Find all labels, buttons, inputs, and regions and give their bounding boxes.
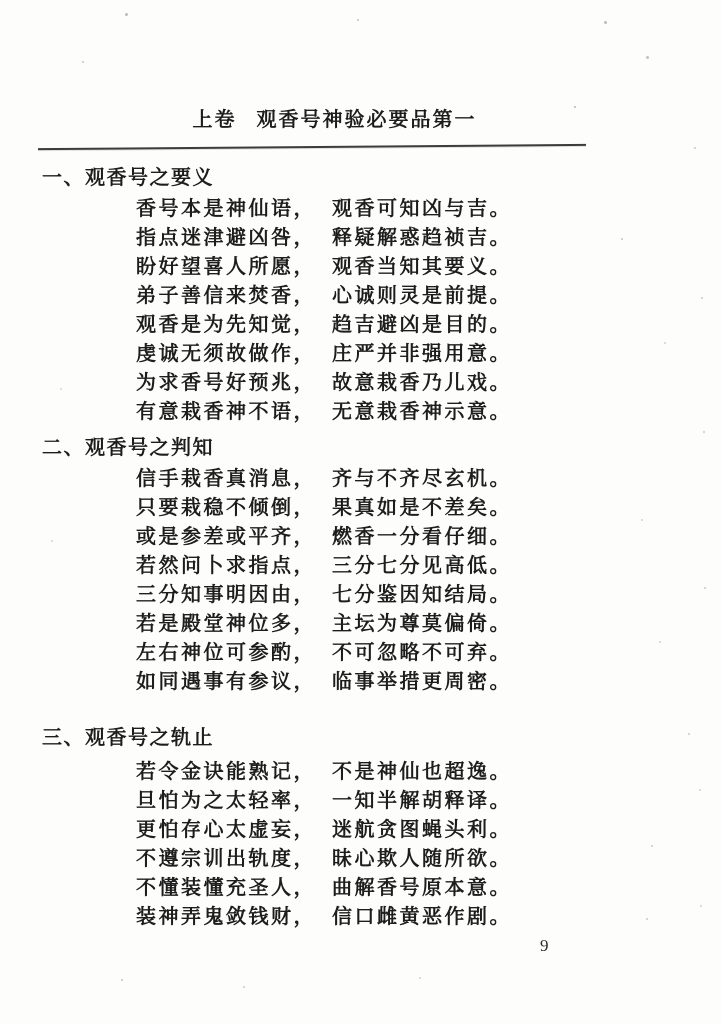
couplet-right-half: 曲解香号原本意。 [332, 874, 512, 903]
couplet-right-half: 趋吉避凶是目的。 [332, 311, 512, 340]
couplet-left-half: 若然问卜求指点， [136, 552, 332, 581]
couplet-left-half: 装神弄鬼敛钱财， [136, 903, 332, 932]
couplet-left-half: 盼好望喜人所愿， [136, 253, 332, 282]
section-title: 三、观香号之轨止 [42, 724, 721, 752]
couplet-row: 三分知事明因由，七分鉴因知结局。 [136, 581, 721, 610]
couplet-left-half: 旦怕为之太轻率， [136, 787, 332, 816]
couplet-left-half: 只要栽稳不倾倒， [136, 494, 332, 523]
scan-speck [694, 147, 696, 149]
couplet-left-half: 若是殿堂神位多， [136, 610, 332, 639]
couplet-left-half: 三分知事明因由， [136, 581, 332, 610]
couplet-right-half: 燃香一分看仔细。 [332, 523, 512, 552]
scan-speck [357, 19, 359, 21]
couplet-right-half: 一知半解胡释译。 [332, 787, 512, 816]
couplet-row: 盼好望喜人所愿，观香当知其要义。 [136, 253, 721, 282]
couplet-right-half: 不是神仙也超逸。 [332, 758, 512, 787]
couplet-right-half: 释疑解惑趋祯吉。 [332, 224, 512, 253]
couplet-row: 旦怕为之太轻率，一知半解胡释译。 [136, 787, 721, 816]
header-rule [38, 144, 586, 150]
page-number: 9 [540, 936, 549, 956]
couplet-right-half: 主坛为尊莫偏倚。 [332, 610, 512, 639]
couplet-row: 如同遇事有参议，临事举措更周密。 [136, 668, 721, 697]
section-2: 二、观香号之判知信手栽香真消息，齐与不齐尽玄机。只要栽稳不倾倒，果真如是不差矣。… [0, 434, 721, 697]
chapter-title: 观香号神验必要品第一 [257, 109, 477, 131]
couplet-left-half: 有意栽香神不语， [136, 398, 332, 427]
book-page: 上卷观香号神验必要品第一 一、观香号之要义香号本是神仙语，观香可知凶与吉。指点迷… [0, 0, 721, 1024]
couplet-left-half: 香号本是神仙语， [136, 195, 332, 224]
couplet-right-half: 迷航贪图蝇头利。 [332, 816, 512, 845]
couplet-left-half: 观香是为先知觉， [136, 311, 332, 340]
couplet-row: 有意栽香神不语，无意栽香神示意。 [136, 398, 721, 427]
couplet-row: 更怕存心太虚妄，迷航贪图蝇头利。 [136, 816, 721, 845]
sections-container: 一、观香号之要义香号本是神仙语，观香可知凶与吉。指点迷津避凶咎，释疑解惑趋祯吉。… [0, 164, 721, 932]
couplet-rows: 信手栽香真消息，齐与不齐尽玄机。只要栽稳不倾倒，果真如是不差矣。或是参差或平齐，… [0, 465, 721, 697]
section-title: 二、观香号之判知 [42, 434, 721, 462]
couplet-rows: 若令金诀能熟记，不是神仙也超逸。旦怕为之太轻率，一知半解胡释译。更怕存心太虚妄，… [0, 758, 721, 932]
couplet-row: 指点迷津避凶咎，释疑解惑趋祯吉。 [136, 224, 721, 253]
couplet-row: 弟子善信来焚香，心诚则灵是前提。 [136, 282, 721, 311]
couplet-row: 观香是为先知觉，趋吉避凶是目的。 [136, 311, 721, 340]
scan-speck [419, 977, 421, 979]
couplet-right-half: 三分七分见高低。 [332, 552, 512, 581]
scan-speck [82, 61, 84, 63]
couplet-left-half: 为求香号好预兆， [136, 369, 332, 398]
couplet-right-half: 庄严并非强用意。 [332, 340, 512, 369]
couplet-left-half: 或是参差或平齐， [136, 523, 332, 552]
couplet-row: 若是殿堂神位多，主坛为尊莫偏倚。 [136, 610, 721, 639]
scan-speck [646, 56, 649, 59]
couplet-row: 为求香号好预兆，故意栽香乃儿戏。 [136, 369, 721, 398]
couplet-left-half: 不遵宗训出轨度， [136, 845, 332, 874]
couplet-left-half: 更怕存心太虚妄， [136, 816, 332, 845]
couplet-left-half: 不懂装懂充圣人， [136, 874, 332, 903]
couplet-left-half: 指点迷津避凶咎， [136, 224, 332, 253]
couplet-left-half: 若令金诀能熟记， [136, 758, 332, 787]
scan-speck [243, 986, 245, 988]
couplet-row: 若然问卜求指点，三分七分见高低。 [136, 552, 721, 581]
section-1: 一、观香号之要义香号本是神仙语，观香可知凶与吉。指点迷津避凶咎，释疑解惑趋祯吉。… [0, 164, 721, 427]
couplet-row: 或是参差或平齐，燃香一分看仔细。 [136, 523, 721, 552]
couplet-left-half: 信手栽香真消息， [136, 465, 332, 494]
couplet-right-half: 齐与不齐尽玄机。 [332, 465, 512, 494]
couplet-row: 虔诚无须故做作，庄严并非强用意。 [136, 340, 721, 369]
couplet-left-half: 左右神位可参酌， [136, 639, 332, 668]
couplet-right-half: 七分鉴因知结局。 [332, 581, 512, 610]
couplet-right-half: 无意栽香神示意。 [332, 398, 512, 427]
couplet-row: 若令金诀能熟记，不是神仙也超逸。 [136, 758, 721, 787]
scan-speck [125, 13, 128, 16]
scan-speck [121, 979, 123, 981]
chapter-header: 上卷观香号神验必要品第一 [0, 106, 695, 134]
couplet-left-half: 弟子善信来焚香， [136, 282, 332, 311]
couplet-row: 左右神位可参酌，不可忽略不可弃。 [136, 639, 721, 668]
couplet-right-half: 心诚则灵是前提。 [332, 282, 512, 311]
couplet-left-half: 如同遇事有参议， [136, 668, 332, 697]
couplet-row: 不遵宗训出轨度，昧心欺人随所欲。 [136, 845, 721, 874]
couplet-row: 信手栽香真消息，齐与不齐尽玄机。 [136, 465, 721, 494]
couplet-left-half: 虔诚无须故做作， [136, 340, 332, 369]
couplet-row: 装神弄鬼敛钱财，信口雌黄恶作剧。 [136, 903, 721, 932]
section-title: 一、观香号之要义 [42, 164, 721, 192]
volume-label: 上卷 [193, 109, 237, 131]
couplet-right-half: 故意栽香乃儿戏。 [332, 369, 512, 398]
couplet-row: 香号本是神仙语，观香可知凶与吉。 [136, 195, 721, 224]
couplet-right-half: 昧心欺人随所欲。 [332, 845, 512, 874]
scan-speck [604, 21, 607, 24]
couplet-right-half: 观香可知凶与吉。 [332, 195, 512, 224]
couplet-row: 只要栽稳不倾倒，果真如是不差矣。 [136, 494, 721, 523]
couplet-rows: 香号本是神仙语，观香可知凶与吉。指点迷津避凶咎，释疑解惑趋祯吉。盼好望喜人所愿，… [0, 195, 721, 427]
couplet-row: 不懂装懂充圣人，曲解香号原本意。 [136, 874, 721, 903]
couplet-right-half: 观香当知其要义。 [332, 253, 512, 282]
couplet-right-half: 信口雌黄恶作剧。 [332, 903, 512, 932]
couplet-right-half: 临事举措更周密。 [332, 668, 512, 697]
couplet-right-half: 果真如是不差矣。 [332, 494, 512, 523]
section-3: 三、观香号之轨止若令金诀能熟记，不是神仙也超逸。旦怕为之太轻率，一知半解胡释译。… [0, 724, 721, 932]
couplet-right-half: 不可忽略不可弃。 [332, 639, 512, 668]
